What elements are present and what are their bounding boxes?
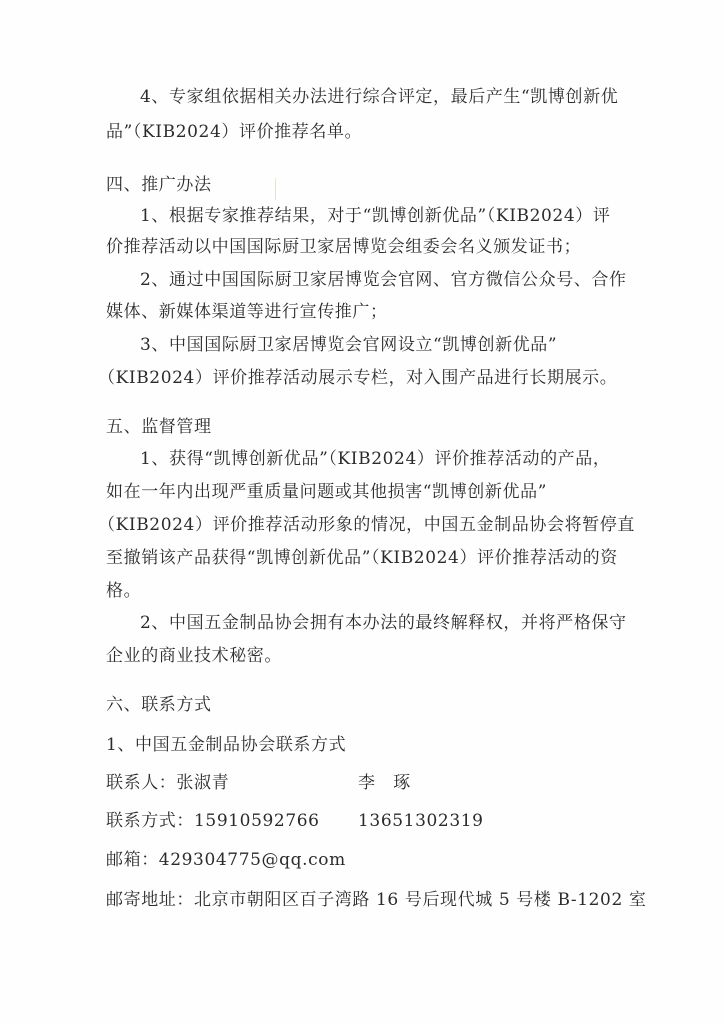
contact-person-2: 李 琢: [358, 772, 411, 794]
section5-heading: 五、监督管理: [106, 416, 212, 438]
document-page: 4、专家组依据相关办法进行综合评定，最后产生“凯博创新优 品”（KIB2024）…: [0, 0, 724, 1024]
section5-item1-line2: 如在一年内出现严重质量问题或其他损害“凯博创新优品”: [106, 481, 547, 503]
section4-item1-line2: 价推荐活动以中国国际厨卫家居博览会组委会名义颁发证书；: [106, 236, 581, 258]
contact-phones-row: 联系方式：15910592766 13651302319: [106, 810, 666, 832]
section4-item3-line1: 3、中国国际厨卫家居博览会官网设立“凯博创新优品”: [140, 334, 557, 356]
section5-item1-line5: 格。: [106, 580, 141, 602]
section5-item2-line1: 2、中国五金制品协会拥有本办法的最终解释权，并将严格保守: [140, 612, 627, 634]
section5-item1-line4: 至撤销该产品获得“凯博创新优品”（KIB2024）评价推荐活动的资: [106, 547, 618, 569]
contact-persons-row: 联系人：张淑青 李 琢: [106, 772, 666, 794]
section4-item2-line1: 2、通过中国国际厨卫家居博览会官网、官方微信公众号、合作: [140, 269, 627, 291]
contact-address: 邮寄地址：北京市朝阳区百子湾路 16 号后现代城 5 号楼 B-1202 室: [106, 889, 647, 911]
section4-item1-line1: 1、根据专家推荐结果，对于“凯博创新优品”（KIB2024）评: [140, 205, 610, 227]
section3-item4-line2: 品”（KIB2024）评价推荐名单。: [106, 121, 362, 143]
section5-item1-line1: 1、获得“凯博创新优品”（KIB2024）评价推荐活动的产品，: [140, 448, 610, 470]
section6-subheading: 1、中国五金制品协会联系方式: [106, 734, 346, 756]
section4-item2-line2: 媒体、新媒体渠道等进行宣传推广；: [106, 301, 388, 323]
section5-item2-line2: 企业的商业技术秘密。: [106, 645, 282, 667]
contact-phone-1: 联系方式：15910592766: [106, 810, 320, 832]
section5-item1-line3: （KIB2024）评价推荐活动形象的情况，中国五金制品协会将暂停直: [98, 514, 635, 536]
contact-email: 邮箱：429304775@qq.com: [106, 849, 346, 871]
section6-heading: 六、联系方式: [106, 694, 212, 716]
contact-phone-2: 13651302319: [358, 810, 484, 832]
section3-item4-line1: 4、专家组依据相关办法进行综合评定，最后产生“凯博创新优: [140, 86, 618, 108]
scan-artifact: [275, 178, 276, 200]
section4-item3-line2: （KIB2024）评价推荐活动展示专栏，对入围产品进行长期展示。: [98, 367, 617, 389]
section4-heading: 四、推广办法: [106, 174, 212, 196]
contact-person-1: 联系人：张淑青: [106, 772, 229, 794]
